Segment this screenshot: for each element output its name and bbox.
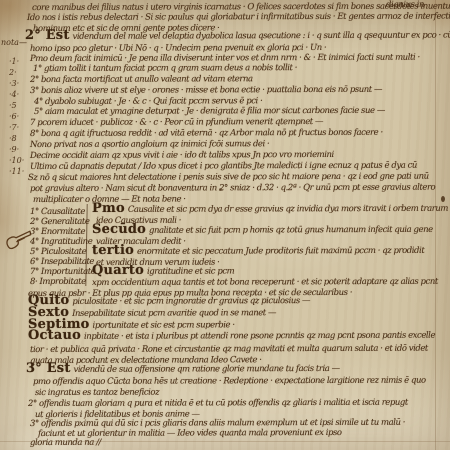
manuscript-line: 3° Enormitate [30,227,85,237]
manuscript-line: sic ingratus es tantoz beneficioz [35,388,159,398]
manuscript-line: 2° Generalitate [30,217,89,227]
margin-number: ·7· [9,123,19,132]
manuscript-line: Ultimo cū dapnatis deputat / Ido xpus di… [30,161,417,172]
manuscript-line: 1° gtiam tollit i tantum faciat pccm q g… [33,63,297,74]
margin-number: ·6· [9,112,19,121]
manuscript-line: 8· Improbitate [30,277,86,287]
manuscript-line: 3° offendis pximū qui dū sic i pcis glia… [30,418,405,429]
manuscript-line: 2° Estvidendum del male vel delaptia dya… [25,30,450,42]
manuscript-line: Sz nō q sicut maiores hnt delectatione i… [28,172,429,183]
manuscript-line: tior · et publica quā privata · Rone et … [30,344,428,355]
section-initial: Quarto [92,263,144,278]
manuscript-line: Quītopiculositate · et sic pcm ingnorati… [28,295,310,307]
manuscript-line: pot gravius altero · Nam sicut dt bonave… [30,183,435,194]
manuscript-line: 7 pcorem iducet · publicoz · & · c · Peo… [30,117,323,128]
manuscript-line: Quartoigratitudine et sic pcm [92,266,234,277]
manuscript-line: 5° aiam maculat et ymagine deturpat · Je… [34,106,385,117]
margin-annotation-nota: nota— [1,38,27,47]
margin-number: ·11· [9,167,24,176]
manuscript-line: Secūdognalitate et sic fuit pcm p homis … [92,224,433,236]
margin-number: ·5 [9,101,17,110]
section-initial: 3° Est [26,361,71,376]
manuscript-line: 2° offendis tuam gloriam q pura et nitid… [28,398,408,409]
manuscript-line: 4° Ingratitudine [30,237,92,247]
section-initial: Octauo [28,328,81,343]
manuscript-line: Nono privat nos a qsortio angloium qz in… [30,139,269,150]
margin-rule-vertical [435,0,436,450]
margin-number: ·1· [9,57,19,66]
section-initial: tertio [92,243,134,258]
manuscript-line: Octauoinpbitate · et ista i pluribus pt … [28,330,435,342]
margin-number: ·3· [9,79,19,88]
manuscript-line: 7° Importunitate [30,267,95,277]
manuscript-line: 3° Estvidendū de sua offensione qm ratio… [26,363,340,375]
manuscript-line: 6° Insepabilitate [30,257,94,267]
manuscript-line: xpm occidentium aqua tantis et tot bona … [92,277,438,288]
margin-number: ·4· [9,90,19,99]
margin-number: ·9· [9,145,19,154]
manuscript-line: 3° bonis alioz vivere ut st elye · orone… [30,85,382,96]
manuscript-line: 8° bona q agit ifructuosa reddit · ad vi… [30,128,383,139]
margin-number: ·8 [9,134,17,143]
manuscript-line: Ido nos i istis rebus delectari · Si sic… [27,11,450,23]
manuscript-line: 5° Piculositate [30,247,86,257]
manuscript-line: PmoCausalite et sic pcm dya dr esse grav… [92,203,450,215]
manuscript-line: 2° bona facta mortificat ut anullo valea… [30,74,253,85]
margin-number: 2· [9,68,17,77]
manuscript-line: 1° Causalitate [30,207,85,217]
ink-speck [441,196,445,202]
section-initial: Secūdo [92,222,146,237]
manuscript-line: gloria munda na // [30,438,101,448]
manuscript-line: Decime occidit aiam qz xpus vivit i aie … [30,150,334,161]
margin-number: ·10· [9,156,24,165]
manuscript-page: nota— dignius incore manibus dei filius … [0,0,450,450]
section-initial: Pmo [92,201,125,216]
manuscript-line: tertioenormitate et sic peccatum Jude pr… [92,245,424,257]
manuscript-line: pmo offendis aquo Cūcta bona hēs ut crea… [33,376,426,387]
manuscript-line: Pmo deum facit inimicū · Je pena illa di… [30,53,420,64]
section-initial: 2° Est [25,28,70,43]
